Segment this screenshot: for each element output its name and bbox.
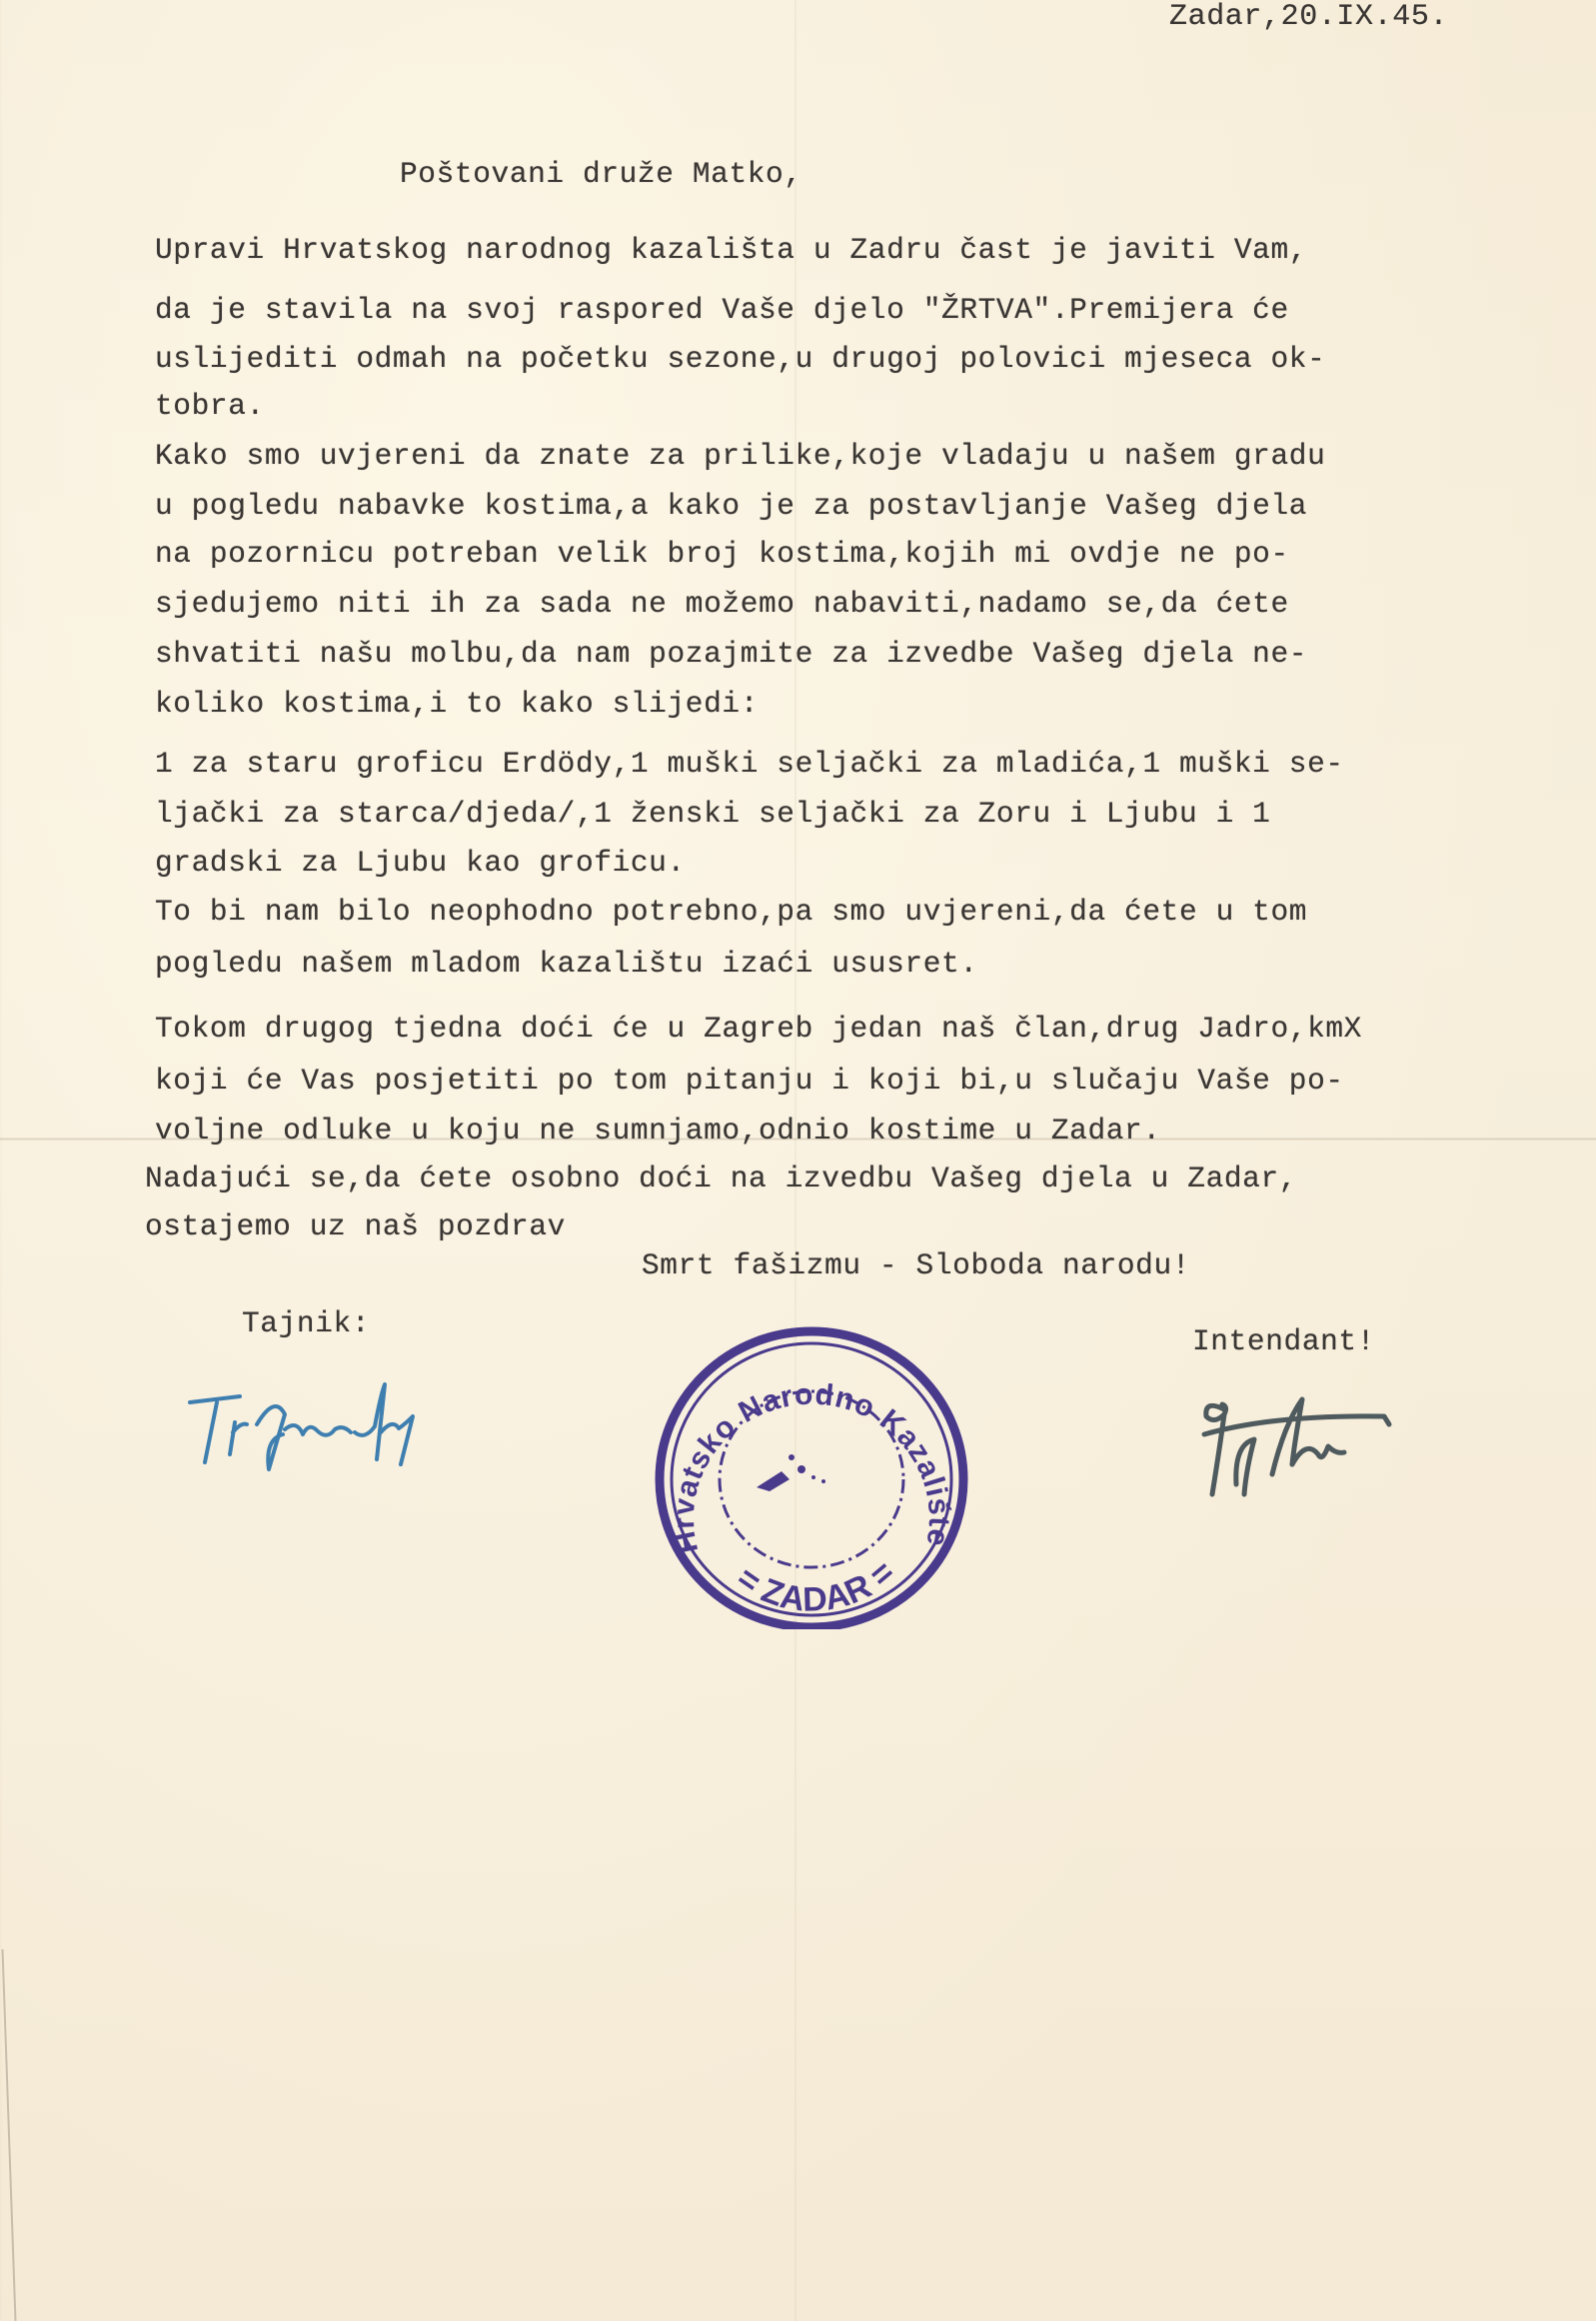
secretary-signature: [185, 1374, 505, 1474]
body-line: da je stavila na svoj raspored Vaše djel…: [155, 296, 1289, 326]
body-line: ostajemo uz naš pozdrav: [145, 1212, 566, 1242]
body-line: pogledu našem mladom kazalištu izaći usu…: [155, 950, 978, 980]
body-line: To bi nam bilo neophodno potrebno,pa smo…: [155, 898, 1307, 928]
body-line: koliko kostima,i to kako slijedi:: [155, 690, 759, 720]
body-line: u pogledu nabavke kostima,a kako je za p…: [155, 492, 1307, 522]
body-line: tobra.: [155, 392, 265, 422]
body-line: na pozornicu potreban velik broj kostima…: [155, 540, 1289, 570]
body-line: gradski za Ljubu kao groficu.: [155, 849, 686, 879]
body-line: voljne odluke u koju ne sumnjamo,odnio k…: [155, 1117, 1161, 1147]
place-date: Zadar,20.IX.45.: [1169, 2, 1448, 32]
paper-tear-edge: [2, 1949, 17, 2321]
secretary-label: Tajnik:: [242, 1309, 370, 1339]
body-line: sjedujemo niti ih za sada ne možemo naba…: [155, 590, 1289, 620]
theatre-stamp: Hrvatsko Narodno Kazalište = ZADAR =: [632, 1319, 991, 1629]
intendant-label: Intendant!: [1192, 1327, 1375, 1357]
body-line: Kako smo uvjereni da znate za prilike,ko…: [155, 442, 1325, 472]
body-line: 1 za staru groficu Erdödy,1 muški seljač…: [155, 750, 1344, 780]
body-line: shvatiti našu molbu,da nam pozajmite za …: [155, 640, 1307, 670]
intendant-signature: [1194, 1384, 1394, 1504]
body-line: ljački za starca/djeda/,1 ženski seljačk…: [155, 800, 1270, 830]
salutation: Poštovani druže Matko,: [400, 160, 802, 190]
body-line: uslijediti odmah na početku sezone,u dru…: [155, 345, 1325, 375]
closing-slogan: Smrt fašizmu - Sloboda narodu!: [642, 1251, 1190, 1281]
body-line: Upravi Hrvatskog narodnog kazališta u Za…: [155, 236, 1307, 266]
body-line: koji će Vas posjetiti po tom pitanju i k…: [155, 1067, 1344, 1097]
svg-text:Hrvatsko Narodno Kazalište: Hrvatsko Narodno Kazalište: [668, 1377, 955, 1555]
body-line: Nadajući se,da ćete osobno doći na izved…: [145, 1164, 1297, 1194]
body-line: Tokom drugog tjedna doći će u Zagreb jed…: [155, 1015, 1362, 1045]
